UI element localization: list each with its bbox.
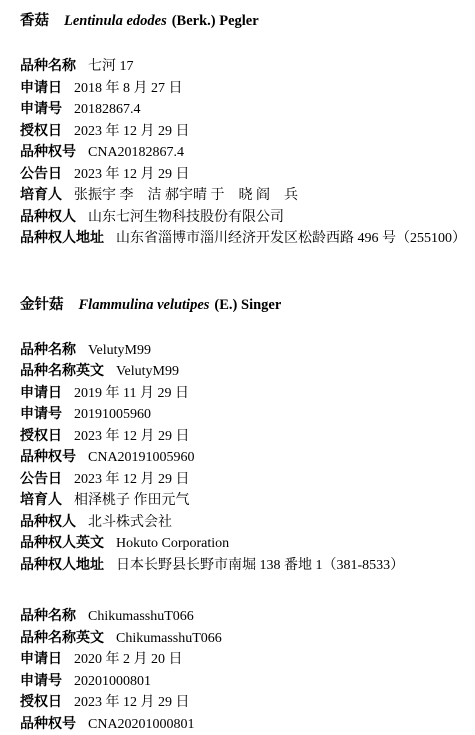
- species-latin-name: Flammulina velutipes: [79, 297, 210, 313]
- species-authority: (Berk.) Pegler: [172, 13, 259, 29]
- field-value: Hokuto Corporation: [116, 536, 229, 551]
- field-label: 品种名称: [20, 609, 76, 624]
- field-row: 品种权人北斗株式会社: [20, 512, 459, 534]
- field-row: 申请日2018 年 8 月 27 日: [20, 78, 459, 100]
- field-value: ChikumasshuT066: [88, 609, 194, 624]
- species-latin-name: Lentinula edodes: [64, 13, 167, 29]
- field-label: 品种权人: [20, 515, 76, 530]
- field-row: 品种权号CNA20201000801: [20, 714, 459, 735]
- field-label: 品种名称英文: [20, 631, 104, 646]
- field-label: 品种名称: [20, 343, 76, 358]
- field-label: 申请号: [20, 674, 62, 689]
- field-row: 授权日2023 年 12 月 29 日: [20, 121, 459, 143]
- field-label: 公告日: [20, 167, 62, 182]
- field-value: 2019 年 11 月 29 日: [74, 386, 189, 401]
- field-label: 培育人: [20, 188, 62, 203]
- field-value: 2020 年 2 月 20 日: [74, 652, 183, 667]
- field-value: 2023 年 12 月 29 日: [74, 695, 190, 710]
- field-value: 山东省淄博市淄川经济开发区松龄西路 496 号（255100）: [116, 231, 466, 246]
- species-heading: 金针菇Flammulina velutipes(E.) Singer: [20, 296, 459, 314]
- field-label: 申请号: [20, 102, 62, 117]
- sections-root: 香菇Lentinula edodes(Berk.) Pegler品种名称七河 1…: [20, 12, 459, 735]
- field-value: 北斗株式会社: [88, 515, 172, 530]
- field-value: 20182867.4: [74, 102, 141, 117]
- field-label: 公告日: [20, 472, 62, 487]
- field-row: 品种名称英文ChikumasshuT066: [20, 628, 459, 650]
- field-label: 授权日: [20, 429, 62, 444]
- field-label: 申请日: [20, 652, 62, 667]
- variety-section: 香菇Lentinula edodes(Berk.) Pegler品种名称七河 1…: [20, 12, 459, 250]
- field-row: 品种权人地址山东省淄博市淄川经济开发区松龄西路 496 号（255100）: [20, 228, 459, 250]
- field-row: 授权日2023 年 12 月 29 日: [20, 692, 459, 714]
- document-page: 香菇Lentinula edodes(Berk.) Pegler品种名称七河 1…: [0, 0, 475, 735]
- field-value: VelutyM99: [116, 364, 179, 379]
- variety-section: 金针菇Flammulina velutipes(E.) Singer品种名称Ve…: [20, 296, 459, 577]
- species-name-cn: 金针菇: [20, 297, 64, 313]
- field-value: 2023 年 12 月 29 日: [74, 429, 190, 444]
- field-value: CNA20182867.4: [88, 145, 184, 160]
- field-label: 申请日: [20, 81, 62, 96]
- field-label: 授权日: [20, 124, 62, 139]
- field-label: 申请号: [20, 407, 62, 422]
- field-value: CNA20191005960: [88, 450, 195, 465]
- field-value: ChikumasshuT066: [116, 631, 222, 646]
- field-label: 申请日: [20, 386, 62, 401]
- field-row: 申请日2019 年 11 月 29 日: [20, 383, 459, 405]
- field-row: 培育人张振宇 李 洁 郝宇晴 于 晓 阎 兵: [20, 185, 459, 207]
- field-row: 申请号20191005960: [20, 404, 459, 426]
- species-heading: 香菇Lentinula edodes(Berk.) Pegler: [20, 12, 459, 30]
- field-value: 七河 17: [88, 59, 134, 74]
- field-row: 品种权人山东七河生物科技股份有限公司: [20, 207, 459, 229]
- field-value: 相泽桃子 作田元气: [74, 493, 190, 508]
- field-row: 公告日2023 年 12 月 29 日: [20, 469, 459, 491]
- field-label: 品种权人地址: [20, 231, 104, 246]
- field-row: 品种名称VelutyM99: [20, 340, 459, 362]
- species-authority: (E.) Singer: [214, 297, 281, 313]
- field-row: 品种权号CNA20182867.4: [20, 142, 459, 164]
- field-value: 2023 年 12 月 29 日: [74, 124, 190, 139]
- field-label: 品种权号: [20, 450, 76, 465]
- field-value: CNA20201000801: [88, 717, 195, 732]
- field-label: 品种权人: [20, 210, 76, 225]
- field-row: 申请号20201000801: [20, 671, 459, 693]
- field-row: 申请号20182867.4: [20, 99, 459, 121]
- field-label: 品种权号: [20, 717, 76, 732]
- field-row: 品种权号CNA20191005960: [20, 447, 459, 469]
- field-value: 张振宇 李 洁 郝宇晴 于 晓 阎 兵: [74, 188, 298, 203]
- field-label: 培育人: [20, 493, 62, 508]
- field-row: 品种权人地址日本长野县长野市南堀 138 番地 1（381-8533）: [20, 555, 459, 577]
- field-value: 日本长野县长野市南堀 138 番地 1（381-8533）: [116, 558, 404, 573]
- field-label: 品种权号: [20, 145, 76, 160]
- field-row: 公告日2023 年 12 月 29 日: [20, 164, 459, 186]
- field-value: 山东七河生物科技股份有限公司: [88, 210, 284, 225]
- field-row: 申请日2020 年 2 月 20 日: [20, 649, 459, 671]
- field-value: 2018 年 8 月 27 日: [74, 81, 183, 96]
- field-value: 2023 年 12 月 29 日: [74, 167, 190, 182]
- variety-section: 品种名称ChikumasshuT066品种名称英文ChikumasshuT066…: [20, 606, 459, 735]
- field-label: 授权日: [20, 695, 62, 710]
- field-label: 品种权人英文: [20, 536, 104, 551]
- species-name-cn: 香菇: [20, 13, 49, 29]
- field-row: 品种名称七河 17: [20, 56, 459, 78]
- field-row: 品种权人英文Hokuto Corporation: [20, 533, 459, 555]
- field-value: 20201000801: [74, 674, 151, 689]
- field-row: 授权日2023 年 12 月 29 日: [20, 426, 459, 448]
- field-label: 品种权人地址: [20, 558, 104, 573]
- field-label: 品种名称: [20, 59, 76, 74]
- field-value: VelutyM99: [88, 343, 151, 358]
- field-row: 培育人相泽桃子 作田元气: [20, 490, 459, 512]
- field-label: 品种名称英文: [20, 364, 104, 379]
- field-row: 品种名称ChikumasshuT066: [20, 606, 459, 628]
- field-value: 20191005960: [74, 407, 151, 422]
- field-value: 2023 年 12 月 29 日: [74, 472, 190, 487]
- field-row: 品种名称英文VelutyM99: [20, 361, 459, 383]
